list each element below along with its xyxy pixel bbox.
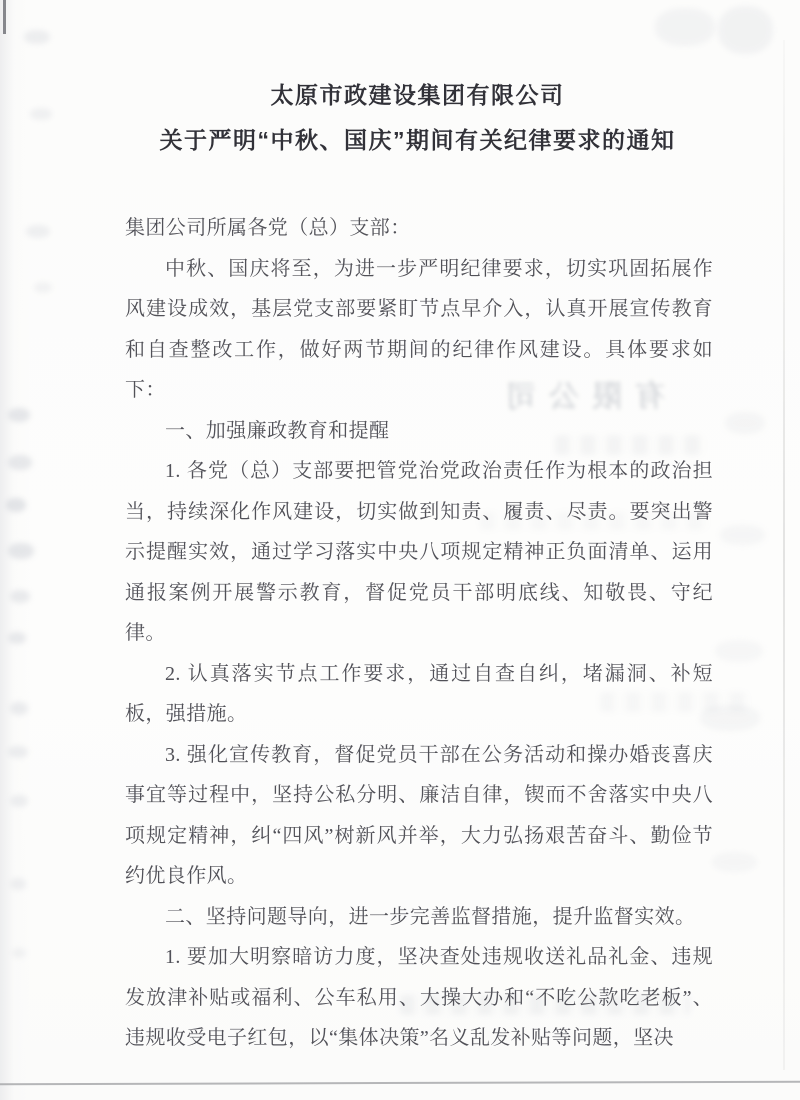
- scan-smudge: [712, 852, 757, 872]
- scan-smudge: [8, 455, 32, 470]
- page-right-edge-shadow: [783, 40, 785, 1070]
- intro-paragraph: 中秋、国庆将至，为进一步严明纪律要求，切实巩固拓展作风建设成效，基层党支部要紧盯…: [125, 249, 713, 411]
- scan-smudge: [10, 795, 28, 807]
- scan-smudge: [720, 525, 765, 545]
- section-1-heading: 一、加强廉政教育和提醒: [125, 411, 713, 452]
- scan-smudge: [655, 8, 715, 46]
- scan-smudge: [8, 408, 30, 422]
- scan-smudge: [8, 543, 34, 559]
- document-body: 集团公司所属各党（总）支部： 中秋、国庆将至，为进一步严明纪律要求，切实巩固拓展…: [125, 208, 713, 1059]
- page-bottom-edge-line: [0, 1081, 800, 1086]
- scan-smudge: [10, 702, 28, 715]
- company-name-title: 太原市政建设集团有限公司: [125, 82, 710, 108]
- section-1-item-3: 3. 强化宣传教育，督促党员干部在公务活动和操办婚丧喜庆事宜等过程中，坚持公私分…: [125, 735, 713, 897]
- scan-smudge: [34, 282, 52, 293]
- scan-smudge: [26, 225, 50, 238]
- scan-smudge: [725, 412, 765, 434]
- scan-smudge: [30, 108, 52, 120]
- notice-title: 关于严明“中秋、国庆”期间有关纪律要求的通知: [125, 127, 710, 153]
- scan-smudge: [715, 640, 763, 662]
- section-1-item-2: 2. 认真落实节点工作要求，通过自查自纠，堵漏洞、补短板，强措施。: [125, 654, 713, 735]
- scan-smudge: [12, 948, 26, 958]
- section-2-item-1: 1. 要加大明察暗访力度，坚决查处违规收送礼品礼金、违规发放津补贴或福利、公车私…: [125, 937, 713, 1059]
- section-1-item-1: 1. 各党（总）支部要把管党治党政治责任作为根本的政治担当，持续深化作风建设，切…: [125, 451, 713, 654]
- scan-smudge: [8, 746, 28, 758]
- scanned-document-page: 有限公司 太原市政建设集团有限公司 关于严明“中秋、国庆”期间有关纪律要求的通知…: [0, 0, 800, 1100]
- scan-smudge: [10, 590, 30, 603]
- scan-smudge: [6, 498, 26, 512]
- salutation-line: 集团公司所属各党（总）支部：: [125, 208, 713, 249]
- section-2-heading: 二、坚持问题导向，进一步完善监督措施，提升监督实效。: [125, 897, 713, 938]
- scan-edge-mark: [3, 0, 6, 34]
- document-title-block: 太原市政建设集团有限公司 关于严明“中秋、国庆”期间有关纪律要求的通知: [125, 82, 710, 172]
- scan-smudge: [8, 632, 26, 644]
- scan-smudge: [10, 878, 26, 890]
- scan-smudge: [718, 6, 773, 54]
- scan-smudge: [24, 30, 50, 44]
